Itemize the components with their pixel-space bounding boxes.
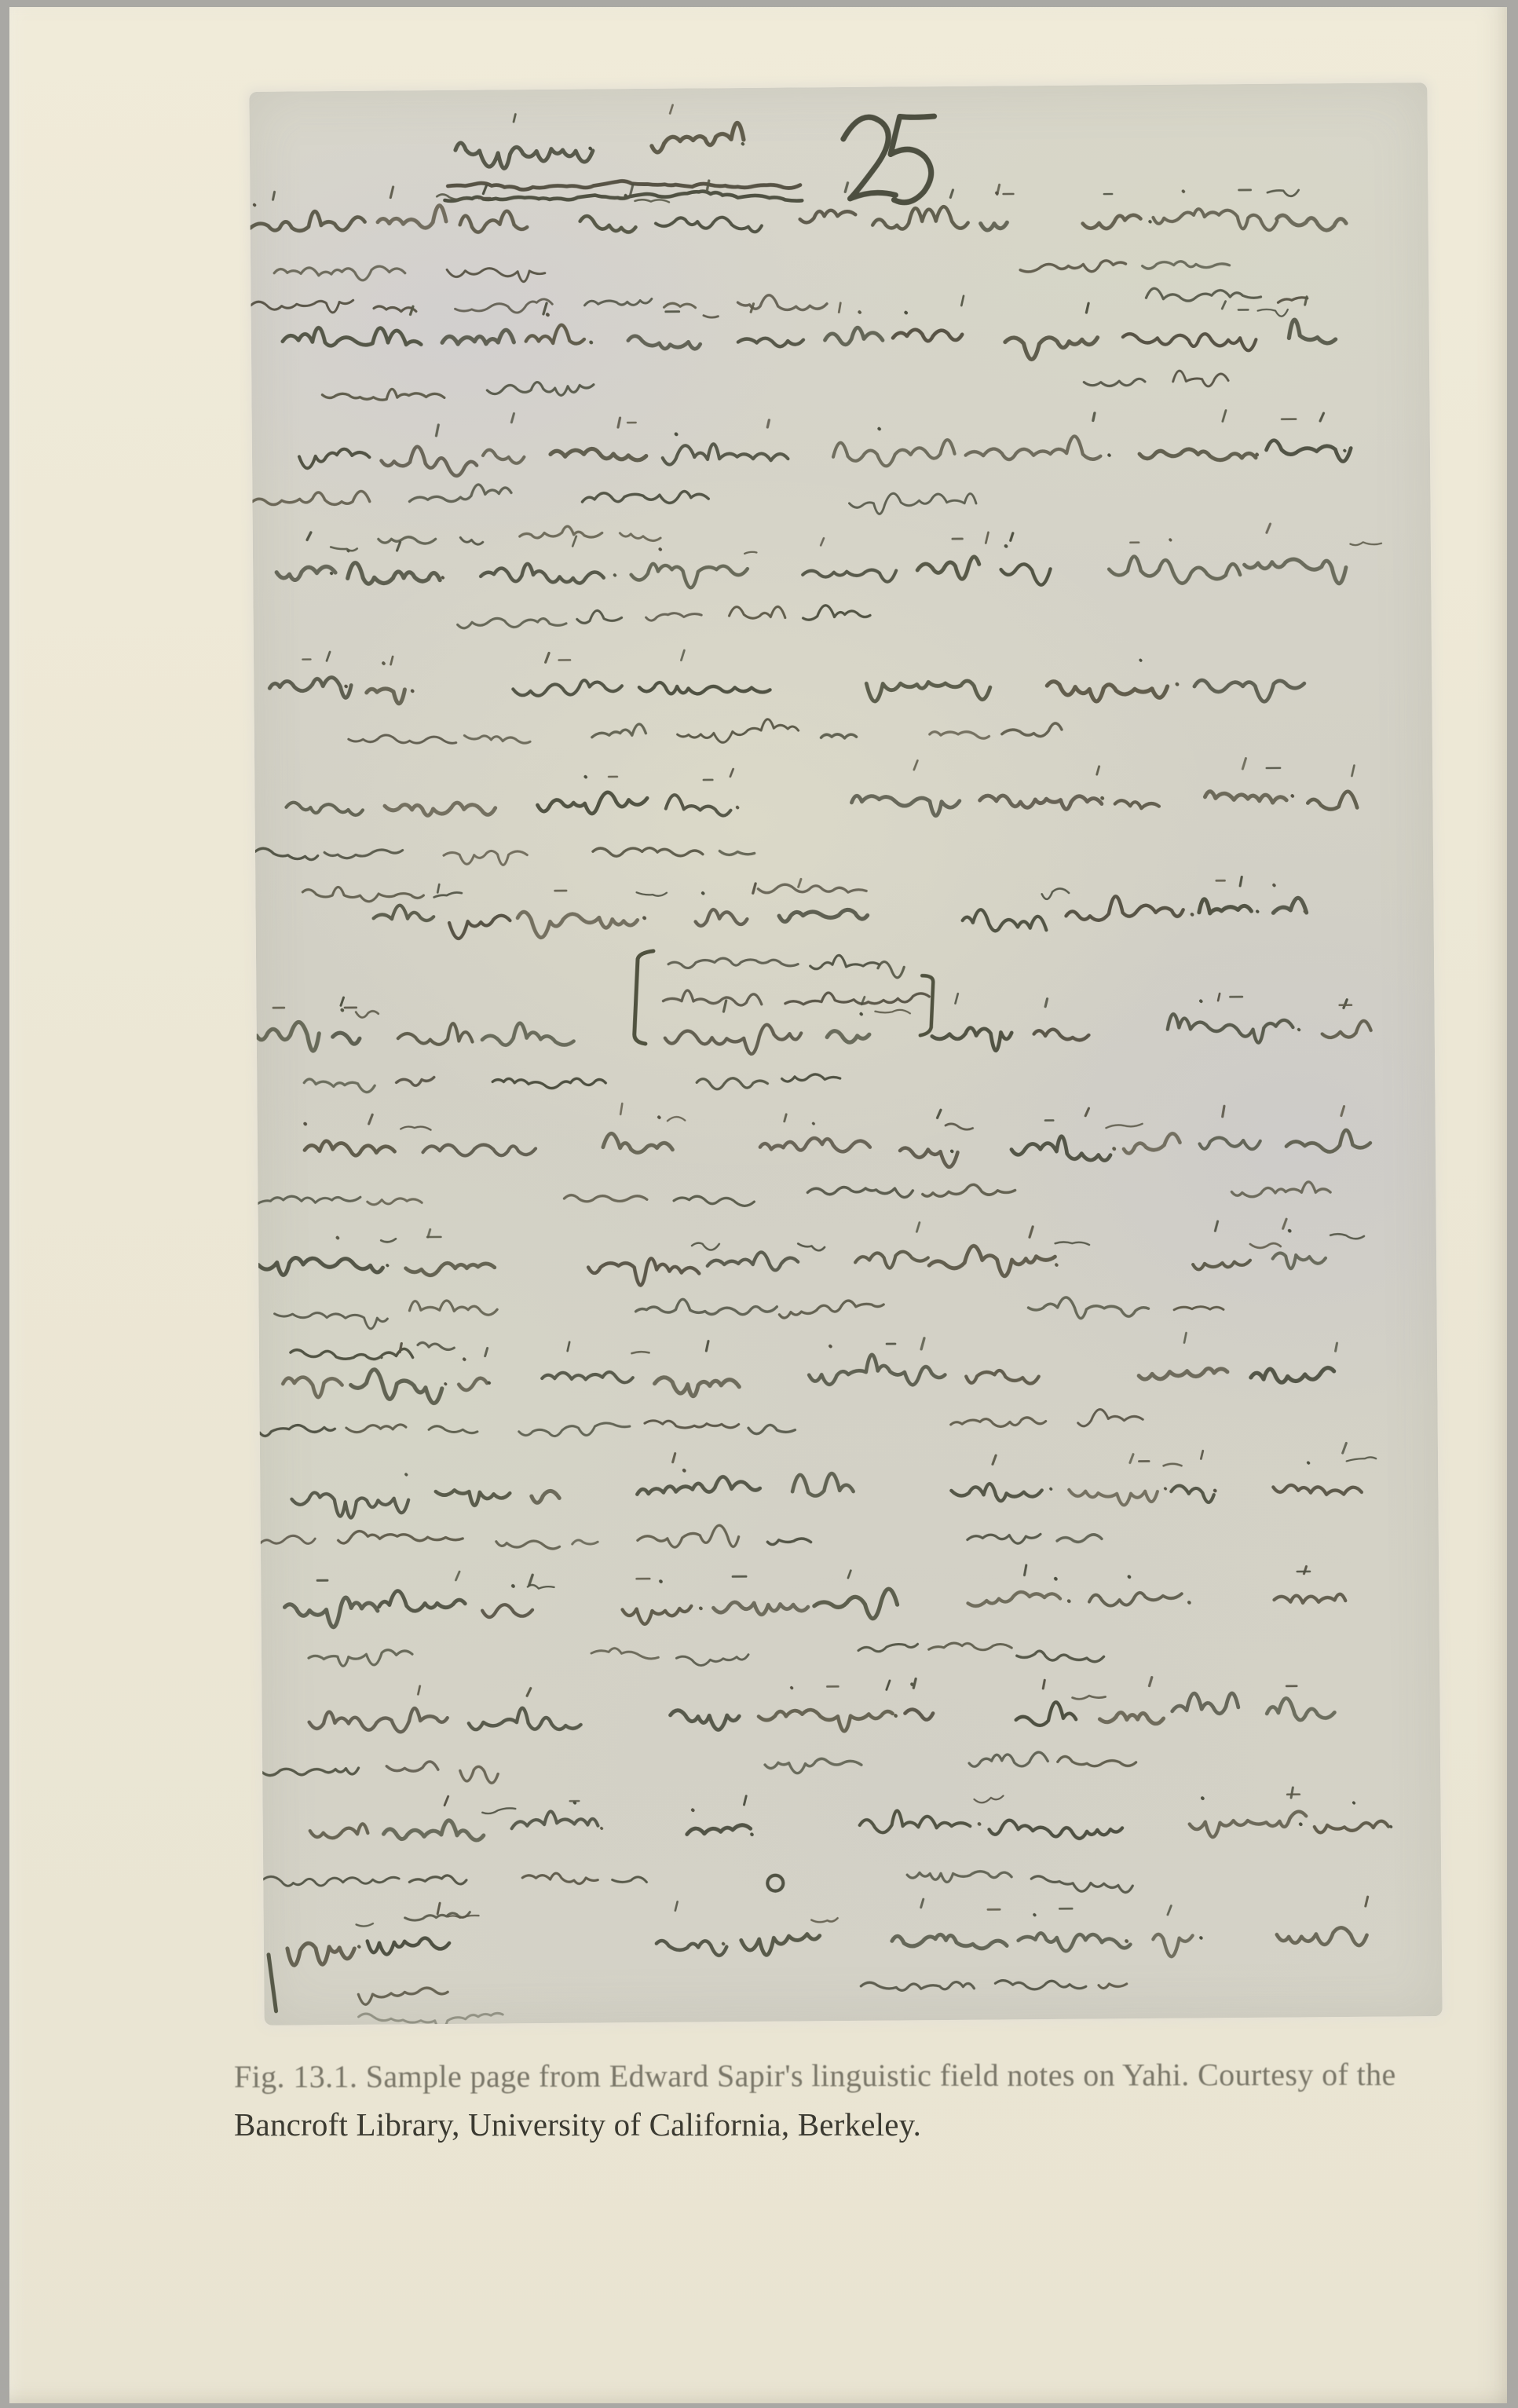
fieldnotes-photo [249, 82, 1442, 2026]
caption-line-2: Bancroft Library, University of Californ… [234, 2104, 1498, 2145]
caption-line-1: Fig. 13.1. Sample page from Edward Sapir… [234, 2054, 1498, 2097]
figure-caption: Fig. 13.1. Sample page from Edward Sapir… [234, 2055, 1498, 2145]
book-page: Fig. 13.1. Sample page from Edward Sapir… [9, 7, 1507, 2403]
handwriting-image [249, 82, 1442, 2026]
scan-backdrop: { "page": { "kind": "scanned book page",… [0, 0, 1518, 2408]
